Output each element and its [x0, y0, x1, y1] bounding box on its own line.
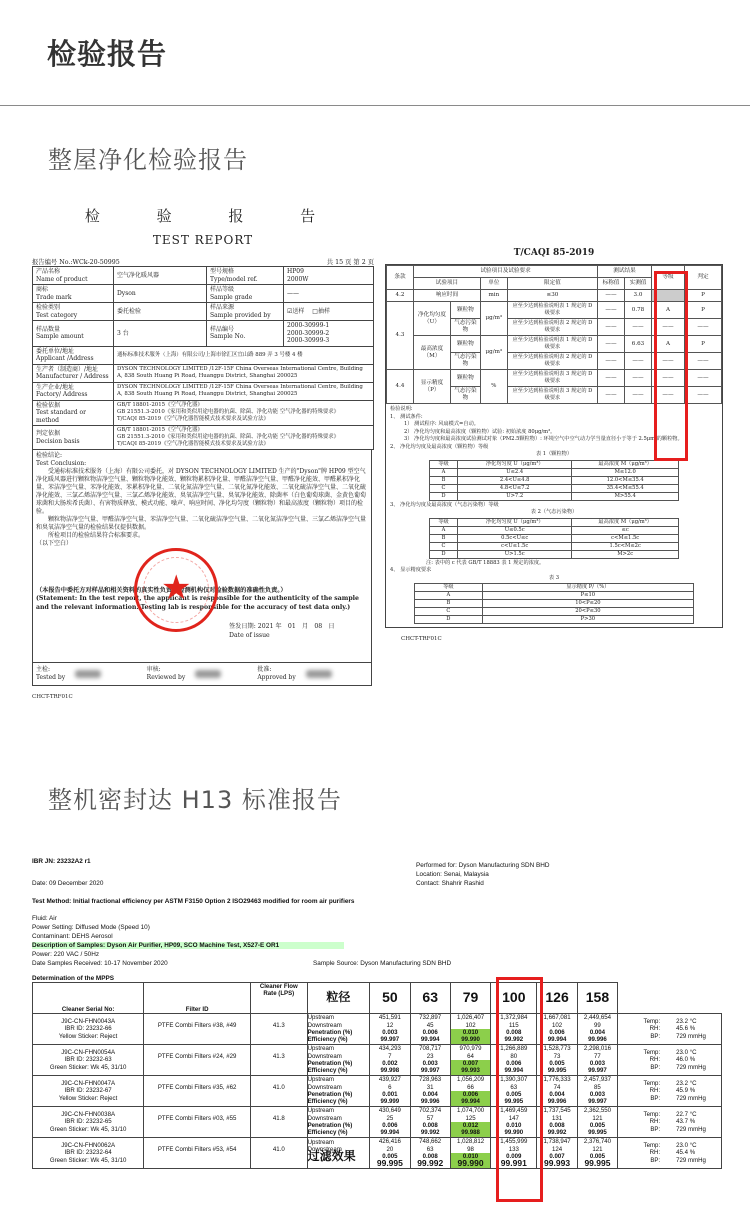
official-seal: ★: [134, 548, 218, 632]
size-values: 2,457,937850.00399.997: [577, 1076, 617, 1107]
measure-labels: UpstreamDownstreamPenetration (%)Efficie…: [307, 1107, 370, 1138]
measure-labels: UpstreamDownstreamPenetration (%)Efficie…: [307, 1014, 370, 1045]
col-verdict: 判定: [685, 266, 722, 290]
conclusion-label-cn: 检验结论:: [36, 452, 368, 460]
fluid: Fluid: Air: [32, 915, 57, 922]
conclusion-blank: （以下空白）: [36, 540, 368, 548]
field-value: Dyson: [114, 285, 207, 303]
blurred-signature: [75, 670, 101, 678]
conclusion-text-3: 所检项目的检验结果符合标准要求。: [36, 532, 368, 540]
date-received: Date Samples Received: 10-17 November 20…: [32, 960, 168, 967]
page-title: 检验报告: [47, 32, 167, 73]
field-value: ——: [284, 285, 374, 303]
size-values: 2,362,5501210.00599.995: [577, 1107, 617, 1138]
table-row: J9C-CN-FHN0043AIBR ID: 23232-66Yellow St…: [33, 1014, 722, 1045]
size-values: 1,074,7001250.01299.988: [450, 1107, 490, 1138]
field-label: 样品等级Sample grade: [207, 285, 284, 303]
size-values: 728,963310.00499.996: [410, 1076, 450, 1107]
field-label: 样品来源Sample provided by: [207, 303, 284, 321]
info-row: 产品名称Name of product空气净化暖风器型号规格Type/model…: [33, 267, 374, 285]
power-setting: Power Setting: Diffused Mode (Speed 10): [32, 924, 150, 931]
info-row: 生产企业/地址Factory/ AddressDYSON TECHNOLOGY …: [33, 382, 374, 400]
divider: [0, 105, 750, 106]
blurred-signature: [195, 670, 221, 678]
field-value: ☑送样 □抽样: [284, 303, 374, 321]
cleaner-serial: J9C-CN-FHN0038AIBR ID: 23232-65Green Sti…: [33, 1107, 144, 1138]
field-value: GB/T 18801-2015《空气净化器》GB 21551.3-2010《家用…: [114, 400, 374, 426]
field-value: 空气净化暖风器: [114, 267, 207, 285]
signature-row: 主检:Tested by审核:Reviewed by批准:Approved by: [32, 662, 372, 686]
grade-column-highlight: [654, 271, 688, 461]
cleaner-serial: J9C-CN-FHN0062AIBR ID: 23232-64Green Sti…: [33, 1138, 144, 1169]
size-values: 434,29370.00299.998: [370, 1045, 410, 1076]
field-value: HP092000W: [284, 267, 374, 285]
environment: Temp:RH:BP:23.0 °C45.4 %729 mmHg: [618, 1138, 722, 1169]
issue-date-value: 签发日期: 2021 年 01 月 08 日: [229, 622, 335, 631]
signer: 批准:Approved by: [257, 666, 368, 682]
size-values: 439,92760.00199.999: [370, 1076, 410, 1107]
performed-for: Performed for: Dyson Manufacturing SDN B…: [416, 862, 550, 869]
grade-table: 等级显示精度 P/（%）AP≤10B10<P≤20C20<P≤30DP>30: [414, 583, 694, 624]
ibr-jn: IBR JN: 23232A2 r1: [32, 858, 91, 865]
table-row: J9C-CN-FHN0047AIBR ID: 23232-67Yellow St…: [33, 1076, 722, 1107]
size-158: 158: [577, 983, 617, 1014]
flow-rate: 41.3: [251, 1045, 308, 1076]
field-label: 检验类别Test category: [33, 303, 114, 321]
col-clause: 条款: [387, 266, 414, 290]
conclusion-label-en: Test Conclusion:: [36, 460, 368, 468]
field-value: DYSON TECHNOLOGY LIMITED /12F-15F China …: [114, 382, 374, 400]
mpps-title: Determination of the MPPS: [32, 975, 114, 982]
signer: 主检:Tested by: [36, 666, 147, 682]
size-values: 426,416200.00599.995: [370, 1138, 410, 1169]
col-items: 试验项目及试验要求: [414, 266, 598, 278]
filter-id: PTFE Combi Filters #38, #49: [144, 1014, 251, 1045]
field-value: 通标标准技术服务（上海）有限公司/上海市徐汇区宜山路 889 弄 3 号楼 4 …: [114, 346, 374, 364]
field-label: 检验依据Test standard or method: [33, 400, 114, 426]
form-code-right: CHCT-TRF01C: [401, 636, 723, 642]
size-values: 2,376,7401210.00599.995: [577, 1138, 617, 1169]
conclusion-text-2: 颗粒物洁净空气量、甲醛洁净空气量、苯洁净空气量、二氧化硫洁净空气量、二氧化氮洁净…: [36, 516, 368, 532]
flow-rate: 41.0: [251, 1076, 308, 1107]
field-label: 判定依据Decision basis: [33, 426, 114, 450]
field-label: 样品数量Sample amount: [33, 321, 114, 347]
signer: 审核:Reviewed by: [147, 666, 258, 682]
issue-date-label: Date of issue: [229, 631, 335, 640]
section-title-whole-house: 整屋净化检验报告: [48, 140, 248, 175]
info-row: 委托单位/地址Applicant /Address通标标准技术服务（上海）有限公…: [33, 346, 374, 364]
environment: Temp:RH:BP:23.2 °C45.6 %729 mmHg: [618, 1014, 722, 1045]
section-title-h13: 整机密封达 H13 标准报告: [48, 780, 342, 815]
info-row: 检验依据Test standard or methodGB/T 18801-20…: [33, 400, 374, 426]
field-label: 委托单位/地址Applicant /Address: [33, 346, 114, 364]
field-value: DYSON TECHNOLOGY LIMITED /12F-15F China …: [114, 364, 374, 382]
field-label: 生产企业/地址Factory/ Address: [33, 382, 114, 400]
contact: Contact: Shahrir Rashid: [416, 880, 484, 887]
flow-rate: 41.8: [251, 1107, 308, 1138]
sample-description: Description of Samples: Dyson Air Purifi…: [32, 942, 344, 949]
size-values: 451,591120.00399.997: [370, 1014, 410, 1045]
size-79: 79: [450, 983, 490, 1014]
size-values: 2,298,016770.00399.997: [577, 1045, 617, 1076]
cleaner-serial: J9C-CN-FHN0054AIBR ID: 23232-63Green Sti…: [33, 1045, 144, 1076]
flow-rate: 41.0: [251, 1138, 308, 1169]
field-label: 产品名称Name of product: [33, 267, 114, 285]
contaminant: Contaminant: DEHS Aerosol: [32, 933, 113, 940]
info-row: 生产者（制造商）/地址Manufacturer / AddressDYSON T…: [33, 364, 374, 382]
size-values: 702,374570.00899.992: [410, 1107, 450, 1138]
field-value: 3 台: [114, 321, 207, 347]
signer-label: 审核:Reviewed by: [147, 666, 186, 682]
field-label: 商标Trade mark: [33, 285, 114, 303]
field-label: 型号规格Type/model ref.: [207, 267, 284, 285]
info-row: 检验类别Test category委托检验样品来源Sample provided…: [33, 303, 374, 321]
table-row: J9C-CN-FHN0054AIBR ID: 23232-63Green Sti…: [33, 1045, 722, 1076]
grade-table: 等级净化均匀度 U（μg/m³）最高浓度 M（μg/m³）AU≤2.4M≤12.…: [429, 460, 679, 501]
info-row: 商标Trade markDyson样品等级Sample grade——: [33, 285, 374, 303]
field-value: 2000-30999-12000-30999-22000-30999-3: [284, 321, 374, 347]
location: Location: Senai, Malaysia: [416, 871, 489, 878]
size-50: 50: [370, 983, 410, 1014]
size-values: 1,028,812980.01099.990: [450, 1138, 490, 1169]
test-report-left: 检 验 报 告 TEST REPORT 报告编号 No.:WCk-20-5099…: [32, 205, 374, 700]
test-method: Test Method: Initial fractional efficien…: [32, 898, 354, 905]
field-label: 生产者（制造商）/地址Manufacturer / Address: [33, 364, 114, 382]
measure-labels: UpstreamDownstreamPenetration (%)Efficie…: [307, 1045, 370, 1076]
table-row: J9C-CN-FHN0062AIBR ID: 23232-64Green Sti…: [33, 1138, 722, 1169]
size-100-highlight: [496, 977, 543, 1202]
info-row: 样品数量Sample amount3 台样品编号Sample No.2000-3…: [33, 321, 374, 347]
star-icon: ★: [161, 571, 191, 605]
size-values: 1,026,4071020.01099.990: [450, 1014, 490, 1045]
table-caption: 表 2（气态污染物）: [390, 509, 718, 517]
blurred-signature: [306, 670, 332, 678]
conclusion-text: 受通标标准技术服务（上海）有限公司委托，对 DYSON TECHNOLOGY L…: [36, 468, 368, 516]
size-values: 732,897450.00699.994: [410, 1014, 450, 1045]
issue-date: 签发日期: 2021 年 01 月 08 日 Date of issue: [229, 622, 335, 640]
grade-table: 等级净化均匀度 U（μg/m³）最高浓度 M（μg/m³）AU≤0.5c≤cB0…: [429, 518, 679, 559]
environment: Temp:RH:BP:23.2 °C45.9 %729 mmHg: [618, 1076, 722, 1107]
size-63: 63: [410, 983, 450, 1014]
size-values: 430,649250.00699.994: [370, 1107, 410, 1138]
size-values: 2,449,654990.00499.996: [577, 1014, 617, 1045]
signer-label: 主检:Tested by: [36, 666, 65, 682]
sample-source: Sample Source: Dyson Manufacturing SDN B…: [313, 960, 451, 967]
report-title-en: TEST REPORT: [32, 233, 374, 251]
measure-labels: UpstreamDownstreamPenetration (%)Efficie…: [307, 1076, 370, 1107]
info-row: 判定依据Decision basisGB/T 18801-2015《空气净化器》…: [33, 426, 374, 450]
standard-title: T/CAQI 85-2019: [385, 248, 723, 260]
cleaner-serial: J9C-CN-FHN0047AIBR ID: 23232-67Yellow St…: [33, 1076, 144, 1107]
signer-label: 批准:Approved by: [257, 666, 295, 682]
form-code: CHCT-TRF01C: [32, 694, 374, 700]
power: Power: 220 VAC / 50Hz: [32, 951, 99, 958]
flow-rate: 41.3: [251, 1014, 308, 1045]
table-caption: 表 3: [390, 575, 718, 583]
mpps-table: Cleaner Serial No:Filter IDCleaner Flow …: [32, 982, 722, 1169]
report-title-cn: 检 验 报 告: [52, 205, 374, 227]
header-row: Cleaner Serial No:Filter IDCleaner Flow …: [33, 983, 722, 1014]
field-value: 委托检验: [114, 303, 207, 321]
size-values: 748,662630.00899.992: [410, 1138, 450, 1169]
report-date: Date: 09 December 2020: [32, 880, 103, 887]
size-values: 1,056,209660.00699.994: [450, 1076, 490, 1107]
field-label: 样品编号Sample No.: [207, 321, 284, 347]
table-row: J9C-CN-FHN0038AIBR ID: 23232-65Green Sti…: [33, 1107, 722, 1138]
measure-labels: UpstreamDownstream过滤效果: [307, 1138, 370, 1169]
col-results: 测试结果: [598, 266, 652, 278]
size-values: 708,717230.00399.997: [410, 1045, 450, 1076]
size-values: 970,979640.00799.993: [450, 1045, 490, 1076]
filter-id: PTFE Combi Filters #24, #29: [144, 1045, 251, 1076]
filter-id: PTFE Combi Filters #35, #62: [144, 1076, 251, 1107]
size-label: 粒径: [307, 983, 370, 1014]
filter-id: PTFE Combi Filters #03, #55: [144, 1107, 251, 1138]
report-number: 报告编号 No.:WCk-20-50995: [32, 257, 120, 266]
environment: Temp:RH:BP:22.7 °C43.7 %729 mmHg: [618, 1107, 722, 1138]
cleaner-serial: J9C-CN-FHN0043AIBR ID: 23232-66Yellow St…: [33, 1014, 144, 1045]
field-value: GB/T 18801-2015《空气净化器》GB 21551.3-2010《家用…: [114, 426, 374, 450]
environment: Temp:RH:BP:23.0 °C46.0 %729 mmHg: [618, 1045, 722, 1076]
filter-id: PTFE Combi Filters #53, #54: [144, 1138, 251, 1169]
page-info: 共 15 页 第 2 页: [327, 257, 374, 266]
report-info-table: 产品名称Name of product空气净化暖风器型号规格Type/model…: [32, 266, 374, 450]
